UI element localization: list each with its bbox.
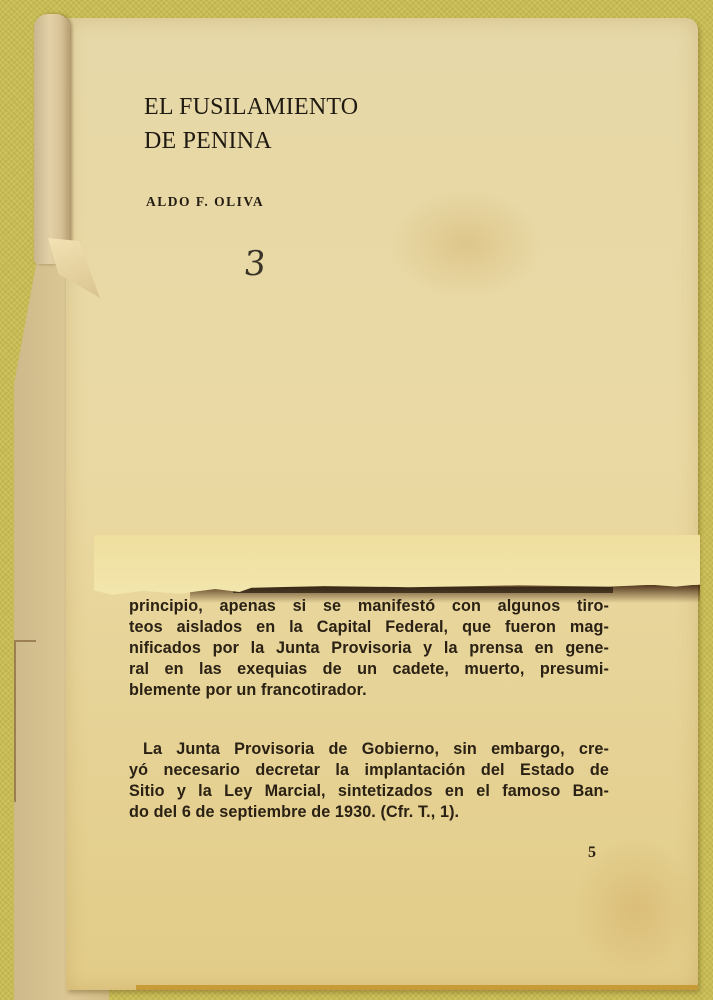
- book-page: [66, 18, 698, 990]
- paragraph-1: principio, apenas si se manifestó con al…: [129, 596, 609, 701]
- page-title: EL FUSILAMIENTO DE PENINA: [144, 90, 358, 158]
- paragraph-2: La Junta Provisoria de Gobierno, sin emb…: [129, 739, 609, 823]
- text-line: La Junta Provisoria de Gobierno, sin emb…: [129, 739, 609, 760]
- title-line-1: EL FUSILAMIENTO: [144, 90, 358, 124]
- text-line: ral en las exequias de un cadete, muerto…: [129, 659, 609, 680]
- text-line: do del 6 de septiembre de 1930. (Cfr. T.…: [129, 802, 609, 823]
- text-line: nificados por la Junta Provisoria y la p…: [129, 638, 609, 659]
- title-line-2: DE PENINA: [144, 124, 358, 158]
- obscured-text-line: [233, 587, 613, 593]
- torn-page-flap: [94, 535, 700, 595]
- text-line: blemente por un francotirador.: [129, 680, 609, 701]
- text-line: teos aislados en la Capital Federal, que…: [129, 617, 609, 638]
- torn-binding-marks: [14, 640, 36, 802]
- author-name: ALDO F. OLIVA: [146, 194, 264, 210]
- text-line: Sitio y la Ley Marcial, sintetizados en …: [129, 781, 609, 802]
- page-number: 5: [588, 844, 596, 862]
- text-line: yó necesario decretar la implantación de…: [129, 760, 609, 781]
- rolled-spine: [34, 14, 70, 264]
- handwritten-number: 3: [242, 244, 268, 284]
